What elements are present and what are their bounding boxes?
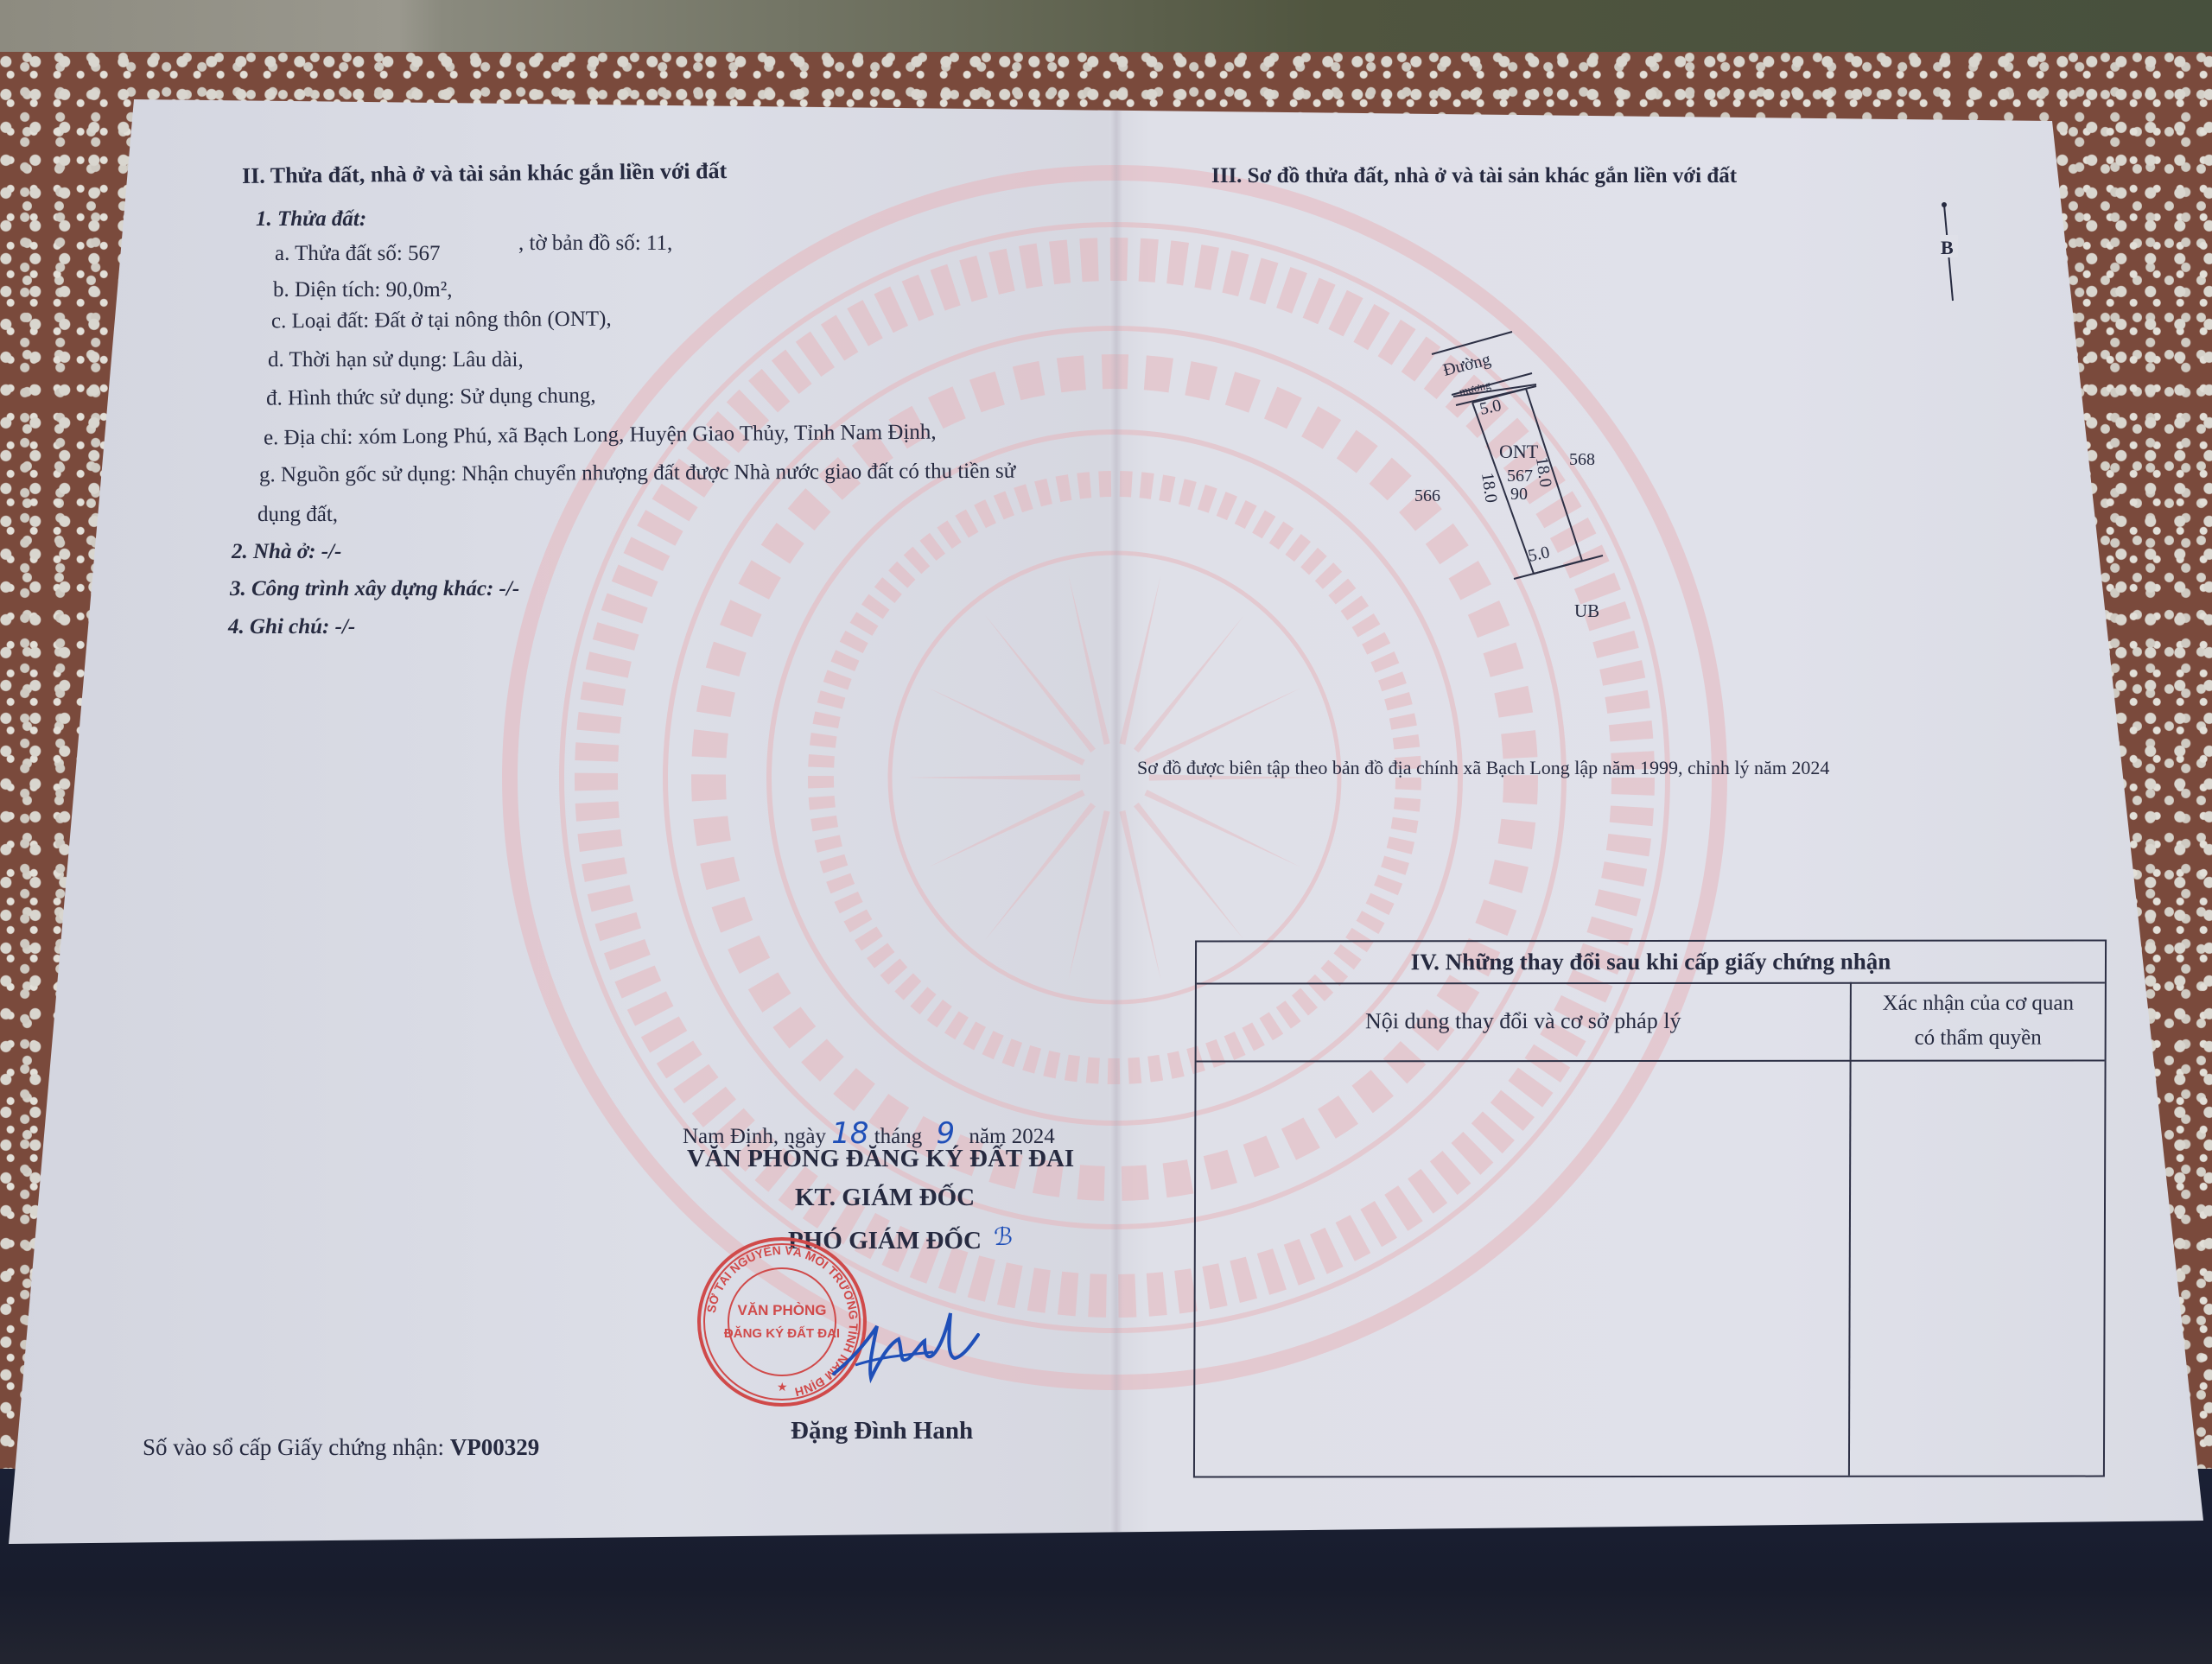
address: e. Địa chỉ: xóm Long Phú, xã Bạch Long, … <box>264 421 937 451</box>
origin-of-use: g. Nguồn gốc sử dụng: Nhận chuyển nhượng… <box>259 460 1015 488</box>
on-behalf-of: KT. GIÁM ĐỐC <box>795 1184 975 1212</box>
land-type: c. Loại đất: Đất ở tại nông thôn (ONT), <box>271 308 612 334</box>
registry-number-row: Số vào sổ cấp Giấy chứng nhận: VP00329 <box>143 1434 539 1461</box>
svg-text:567: 567 <box>1507 467 1533 486</box>
initials-mark: ℬ <box>994 1223 1013 1251</box>
svg-text:Đường: Đường <box>1441 350 1493 380</box>
land-certificate-document: II. Thửa đất, nhà ở và tài sản khác gắn … <box>0 0 2212 1664</box>
column-header-authority-confirmation: Xác nhận của cơ quan có thẩm quyền <box>1850 982 2105 1060</box>
registry-number-label: Số vào sổ cấp Giấy chứng nhận: <box>143 1434 444 1460</box>
origin-of-use-continued: dụng đất, <box>257 503 338 527</box>
svg-text:18.0: 18.0 <box>1478 472 1501 505</box>
changes-table: IV. Những thay đổi sau khi cấp giấy chứn… <box>1193 940 2107 1478</box>
svg-text:5.0: 5.0 <box>1526 543 1551 566</box>
column-header-change-content: Nội dung thay đổi và cơ sở pháp lý <box>1197 982 1850 1061</box>
svg-text:566: 566 <box>1414 486 1440 505</box>
svg-text:mương: mương <box>1458 378 1492 398</box>
house-field: 2. Nhà ở: -/- <box>232 540 341 564</box>
plot-number: a. Thửa đất số: 567 <box>275 242 441 266</box>
issuing-office: VĂN PHÒNG ĐĂNG KÝ ĐẤT ĐAI <box>687 1145 1074 1173</box>
col2-header-line2: có thẩm quyền <box>1915 1021 2042 1056</box>
svg-text:VĂN PHÒNG: VĂN PHÒNG <box>738 1302 827 1318</box>
changes-table-title: IV. Những thay đổi sau khi cấp giấy chứn… <box>1197 942 2105 985</box>
svg-text:90: 90 <box>1510 485 1528 504</box>
changes-table-column-divider <box>1848 1060 1852 1476</box>
svg-text:UB: UB <box>1574 600 1599 621</box>
section-iii-title: III. Sơ đồ thửa đất, nhà ở và tài sản kh… <box>1211 164 1737 188</box>
svg-text:18.0: 18.0 <box>1532 456 1555 489</box>
center-fold <box>1110 104 1122 1538</box>
svg-text:B: B <box>1941 237 1954 258</box>
svg-text:ĐĂNG KÝ ĐẤT ĐAI: ĐĂNG KÝ ĐẤT ĐAI <box>724 1325 840 1341</box>
plan-caption: Sơ đồ được biên tập theo bản đồ địa chín… <box>1137 757 1829 779</box>
registry-number: VP00329 <box>450 1434 540 1460</box>
land-plot-heading: 1. Thửa đất: <box>256 207 366 232</box>
svg-text:568: 568 <box>1569 450 1595 469</box>
usage-term: d. Thời hạn sử dụng: Lâu dài, <box>268 348 524 372</box>
map-sheet-number: , tờ bản đồ số: 11, <box>518 232 672 256</box>
svg-text:5.0: 5.0 <box>1478 396 1503 419</box>
changes-table-header: Nội dung thay đổi và cơ sở pháp lý Xác n… <box>1197 982 2105 1063</box>
area: b. Diện tích: 90,0m², <box>273 278 452 302</box>
parcel-plan-diagram: Đường mương 5.0 ONT 567 90 18.0 18.0 566… <box>1382 328 1659 639</box>
north-arrow-icon: B <box>1927 199 1979 311</box>
svg-text:★: ★ <box>777 1381 788 1394</box>
col2-header-line1: Xác nhận của cơ quan <box>1883 987 2075 1021</box>
usage-form: đ. Hình thức sử dụng: Sử dụng chung, <box>266 384 596 410</box>
other-constructions-field: 3. Công trình xây dựng khác: -/- <box>230 577 519 601</box>
section-ii-title: II. Thửa đất, nhà ở và tài sản khác gắn … <box>242 158 727 189</box>
handwritten-signature <box>829 1305 985 1391</box>
signer-name: Đặng Đình Hanh <box>791 1417 973 1445</box>
notes-field: 4. Ghi chú: -/- <box>228 615 355 639</box>
